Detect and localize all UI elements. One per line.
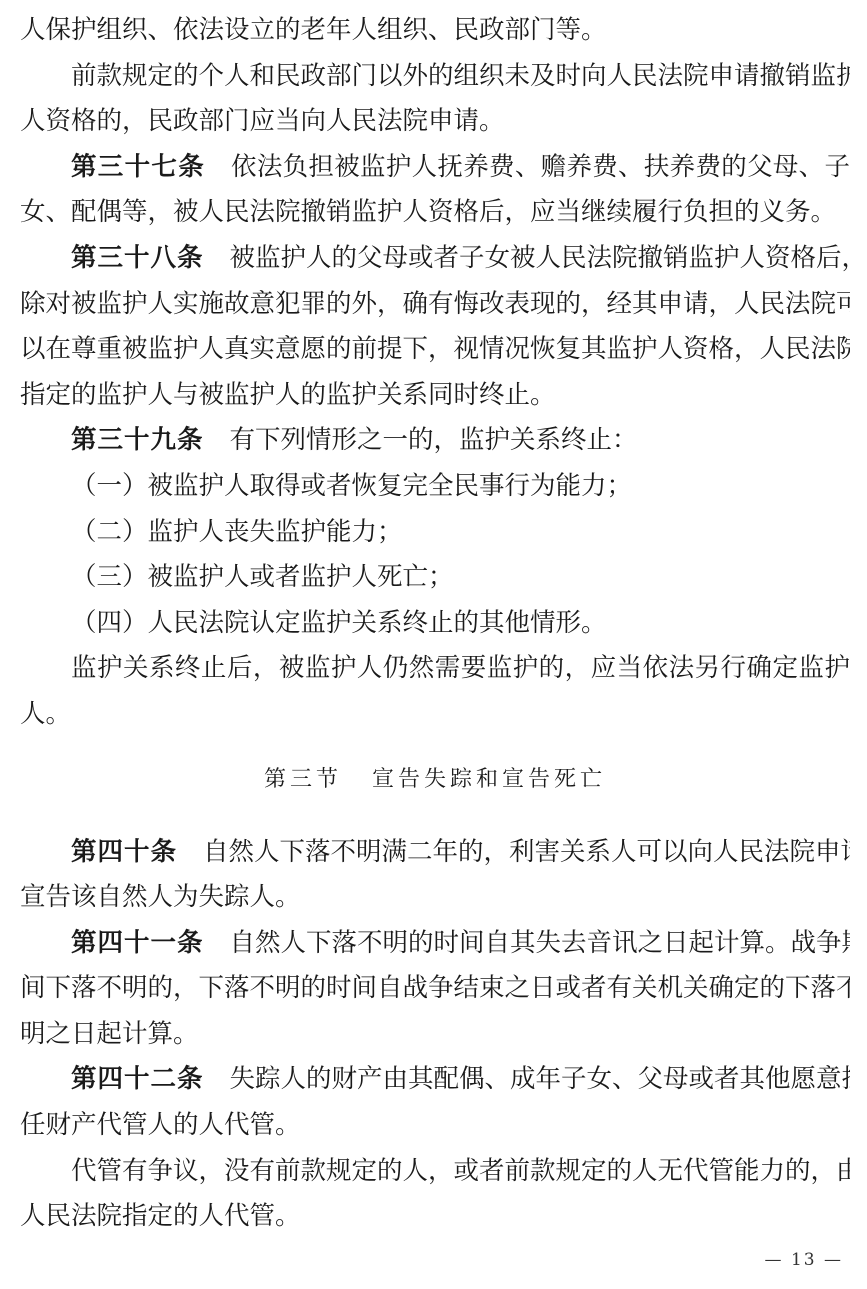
list-item: （一）被监护人取得或者恢复完全民事行为能力； — [20, 464, 850, 510]
text-line: 前款规定的个人和民政部门以外的组织未及时向人民法院申请撤销监护 — [20, 54, 850, 100]
article-number: 第三十八条 — [71, 243, 204, 273]
article-text: 有下列情形之一的，监护关系终止： — [230, 425, 638, 455]
article-37: 第三十七条依法负担被监护人抚养费、赡养费、扶养费的父母、子 — [20, 145, 850, 191]
text-line: 代管有争议，没有前款规定的人，或者前款规定的人无代管能力的，由 — [20, 1149, 850, 1195]
article-number: 第四十一条 — [71, 928, 204, 958]
text-line: 除对被监护人实施故意犯罪的外，确有悔改表现的，经其申请，人民法院可 — [20, 282, 850, 328]
text-line: 女、配偶等，被人民法院撤销监护人资格后，应当继续履行负担的义务。 — [20, 190, 850, 236]
text-line: 监护关系终止后，被监护人仍然需要监护的，应当依法另行确定监护 — [20, 646, 850, 692]
article-38: 第三十八条被监护人的父母或者子女被人民法院撤销监护人资格后， — [20, 236, 850, 282]
text-line: 任财产代管人的人代管。 — [20, 1103, 850, 1149]
article-42: 第四十二条失踪人的财产由其配偶、成年子女、父母或者其他愿意担 — [20, 1057, 850, 1103]
text-line: 人保护组织、依法设立的老年人组织、民政部门等。 — [20, 8, 850, 54]
article-number: 第四十二条 — [71, 1064, 204, 1094]
article-number: 第四十条 — [71, 837, 177, 867]
list-item: （三）被监护人或者监护人死亡； — [20, 555, 850, 601]
article-text: 被监护人的父母或者子女被人民法院撤销监护人资格后， — [230, 243, 850, 273]
article-number: 第三十九条 — [71, 425, 204, 455]
text-line: 间下落不明的，下落不明的时间自战争结束之日或者有关机关确定的下落不 — [20, 966, 850, 1012]
article-text: 失踪人的财产由其配偶、成年子女、父母或者其他愿意担 — [230, 1064, 850, 1094]
article-text: 自然人下落不明满二年的，利害关系人可以向人民法院申请 — [203, 837, 850, 867]
article-40: 第四十条自然人下落不明满二年的，利害关系人可以向人民法院申请 — [20, 830, 850, 876]
document-page: 人保护组织、依法设立的老年人组织、民政部门等。 前款规定的个人和民政部门以外的组… — [20, 8, 850, 1240]
text-line: 明之日起计算。 — [20, 1012, 850, 1058]
page-number: — 13 — — [765, 1250, 843, 1270]
section-title: 宣告失踪和宣告死亡 — [372, 767, 606, 792]
article-text: 自然人下落不明的时间自其失去音讯之日起计算。战争期 — [230, 928, 850, 958]
article-39: 第三十九条有下列情形之一的，监护关系终止： — [20, 418, 850, 464]
article-number: 第三十七条 — [71, 152, 205, 182]
article-text: 依法负担被监护人抚养费、赡养费、扶养费的父母、子 — [231, 152, 850, 182]
list-item: （二）监护人丧失监护能力； — [20, 510, 850, 556]
section-heading: 第三节宣告失踪和宣告死亡 — [20, 752, 850, 808]
article-41: 第四十一条自然人下落不明的时间自其失去音讯之日起计算。战争期 — [20, 921, 850, 967]
text-line: 指定的监护人与被监护人的监护关系同时终止。 — [20, 373, 850, 419]
text-line: 以在尊重被监护人真实意愿的前提下，视情况恢复其监护人资格，人民法院 — [20, 327, 850, 373]
text-line: 人资格的，民政部门应当向人民法院申请。 — [20, 99, 850, 145]
text-line: 人。 — [20, 692, 850, 738]
text-line: 宣告该自然人为失踪人。 — [20, 875, 850, 921]
list-item: （四）人民法院认定监护关系终止的其他情形。 — [20, 601, 850, 647]
section-number: 第三节 — [264, 767, 342, 792]
text-line: 人民法院指定的人代管。 — [20, 1194, 850, 1240]
